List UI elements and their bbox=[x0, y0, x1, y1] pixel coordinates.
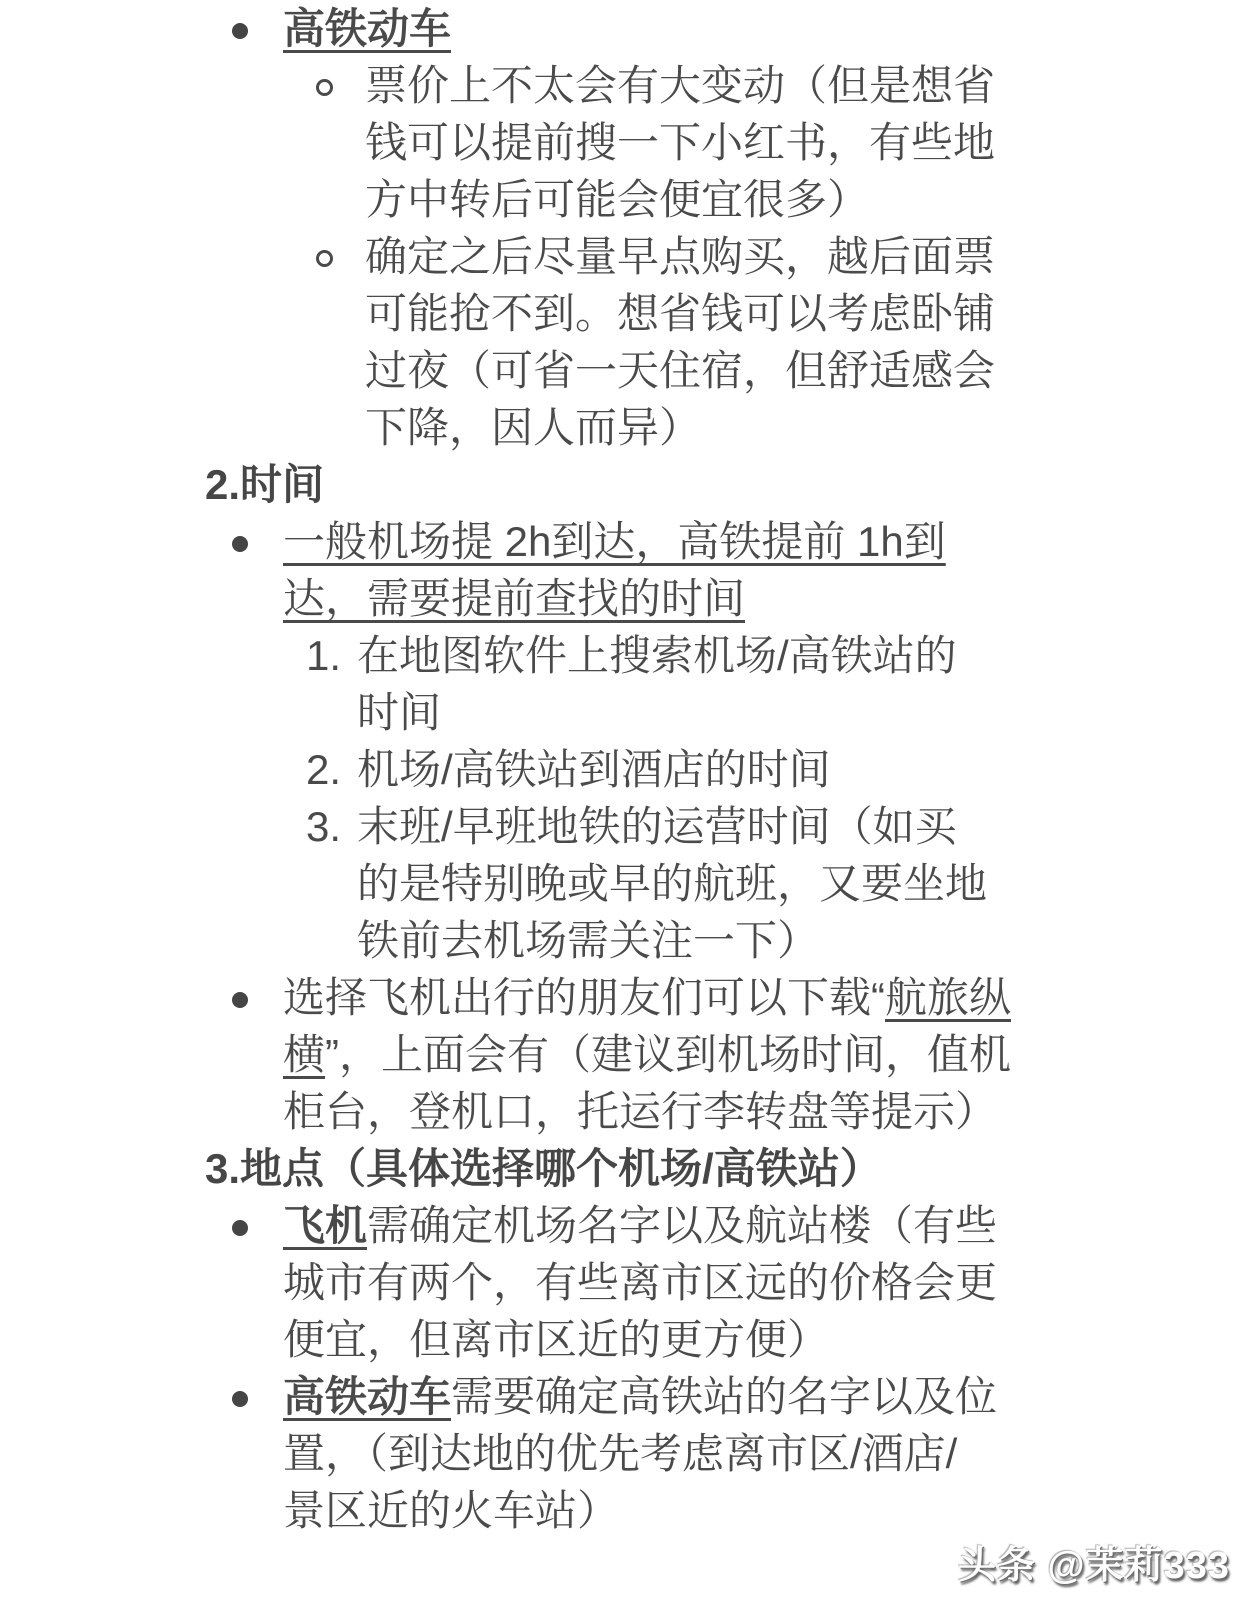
bullet-item-gaotie-title: 高铁动车 bbox=[0, 0, 1238, 57]
note-document: 高铁动车 票价上不太会有大变动（但是想省 钱可以提前搜一下小红书，有些地 方中转… bbox=[0, 0, 1238, 1539]
bullet-text-underlined: 一般机场提 2h到达，高铁提前 1h到 达，需要提前查找的时间 bbox=[283, 513, 1238, 627]
bullet-title-text: 高铁动车 bbox=[283, 5, 451, 52]
text-segment: 需确定机场名字以及航站楼（有些 城市有两个，有些离市区远的价格会更 便宜，但离市… bbox=[283, 1202, 997, 1363]
lead-term-underlined: 高铁动车 bbox=[283, 1373, 451, 1420]
watermark: 头条 @茉莉333 bbox=[958, 1544, 1230, 1588]
numbered-item-1: 1.在地图软件上搜索机场/高铁站的 时间 bbox=[0, 627, 1238, 741]
section-heading-time: 2.时间 bbox=[0, 456, 1238, 513]
item-number: 2. bbox=[306, 741, 341, 798]
numbered-item-text: 在地图软件上搜索机场/高铁站的 时间 bbox=[357, 627, 1238, 741]
numbered-item-3: 3.末班/早班地铁的运营时间（如买 的是特别晚或早的航班，又要坐地 铁前去机场需… bbox=[0, 798, 1238, 969]
item-number: 3. bbox=[306, 798, 341, 855]
item-number: 1. bbox=[306, 627, 341, 684]
bullet-icon bbox=[232, 992, 248, 1008]
bullet-item-arrival-time: 一般机场提 2h到达，高铁提前 1h到 达，需要提前查找的时间 bbox=[0, 513, 1238, 627]
sub-bullet-text: 确定之后尽量早点购买，越后面票 可能抢不到。想省钱可以考虑卧铺 过夜（可省一天住… bbox=[365, 228, 1238, 456]
bullet-item-train: 高铁动车需要确定高铁站的名字以及位 置，（到达地的优先考虑离市区/酒店/ 景区近… bbox=[0, 1368, 1238, 1539]
sub-bullet-text: 票价上不太会有大变动（但是想省 钱可以提前搜一下小红书，有些地 方中转后可能会便… bbox=[365, 57, 1238, 228]
circle-bullet-icon bbox=[316, 79, 333, 96]
bullet-text-mixed: 高铁动车需要确定高铁站的名字以及位 置，（到达地的优先考虑离市区/酒店/ 景区近… bbox=[283, 1368, 1238, 1539]
lead-term-underlined: 飞机 bbox=[283, 1202, 367, 1249]
bullet-text-mixed: 选择飞机出行的朋友们可以下载“航旅纵 横”，上面会有（建议到机场时间，值机 柜台… bbox=[283, 969, 1238, 1140]
numbered-item-2: 2.机场/高铁站到酒店的时间 bbox=[0, 741, 1238, 798]
bullet-item-plane: 飞机需确定机场名字以及航站楼（有些 城市有两个，有些离市区远的价格会更 便宜，但… bbox=[0, 1197, 1238, 1368]
bullet-text-mixed: 飞机需确定机场名字以及航站楼（有些 城市有两个，有些离市区远的价格会更 便宜，但… bbox=[283, 1197, 1238, 1368]
text-segment: 选择飞机出行的朋友们可以下载“ bbox=[283, 974, 885, 1021]
bullet-icon bbox=[232, 536, 248, 552]
bullet-item-app-tip: 选择飞机出行的朋友们可以下载“航旅纵 横”，上面会有（建议到机场时间，值机 柜台… bbox=[0, 969, 1238, 1140]
text-segment: ”，上面会有（建议到机场时间，值机 柜台，登机口，托运行李转盘等提示） bbox=[283, 1031, 1011, 1135]
numbered-item-text: 末班/早班地铁的运营时间（如买 的是特别晚或早的航班，又要坐地 铁前去机场需关注… bbox=[357, 798, 1238, 969]
section-heading-location: 3.地点（具体选择哪个机场/高铁站） bbox=[0, 1140, 1238, 1197]
sub-bullet-item: 票价上不太会有大变动（但是想省 钱可以提前搜一下小红书，有些地 方中转后可能会便… bbox=[0, 57, 1238, 228]
bullet-icon bbox=[232, 1220, 248, 1236]
bullet-icon bbox=[232, 23, 248, 39]
numbered-item-text: 机场/高铁站到酒店的时间 bbox=[357, 741, 1238, 798]
bullet-icon bbox=[232, 1391, 248, 1407]
circle-bullet-icon bbox=[316, 250, 333, 267]
sub-bullet-item: 确定之后尽量早点购买，越后面票 可能抢不到。想省钱可以考虑卧铺 过夜（可省一天住… bbox=[0, 228, 1238, 456]
